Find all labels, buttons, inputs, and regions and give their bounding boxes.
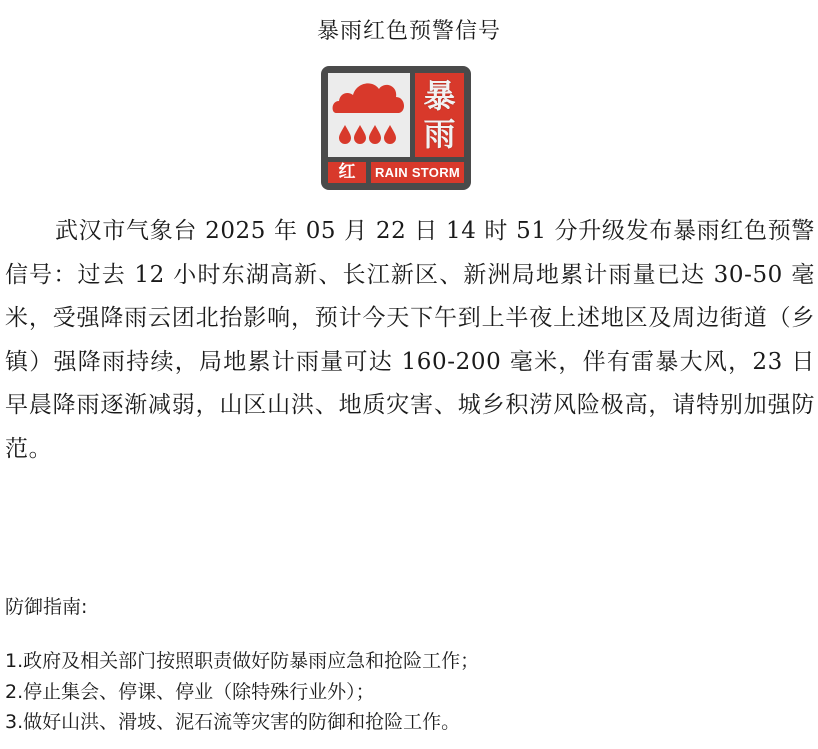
warning-body-paragraph: 武汉市气象台 2025 年 05 月 22 日 14 时 51 分升级发布暴雨红… — [5, 210, 815, 471]
guide-item: 1.政府及相关部门按照职责做好防暴雨应急和抢险工作； — [5, 646, 479, 677]
defense-guide-list: 1.政府及相关部门按照职责做好防暴雨应急和抢险工作； 2.停止集会、停课、停业（… — [5, 646, 479, 738]
rain-cloud-icon — [328, 73, 410, 157]
rainstorm-red-signal-logo: 暴 雨 红 RAIN STORM — [321, 66, 471, 190]
signal-type-char-1: 暴 — [423, 77, 455, 115]
defense-guide-title: 防御指南: — [5, 592, 87, 619]
guide-item: 3.做好山洪、滑坡、泥石流等灾害的防御和抢险工作。 — [5, 707, 479, 738]
guide-item: 2.停止集会、停课、停业（除特殊行业外）； — [5, 677, 479, 708]
signal-english-label: RAIN STORM — [371, 162, 464, 183]
signal-level-label: 红 — [328, 162, 366, 183]
signal-type-char-2: 雨 — [423, 115, 455, 153]
signal-type-label: 暴 雨 — [415, 73, 464, 157]
page-title: 暴雨红色预警信号 — [0, 14, 818, 45]
